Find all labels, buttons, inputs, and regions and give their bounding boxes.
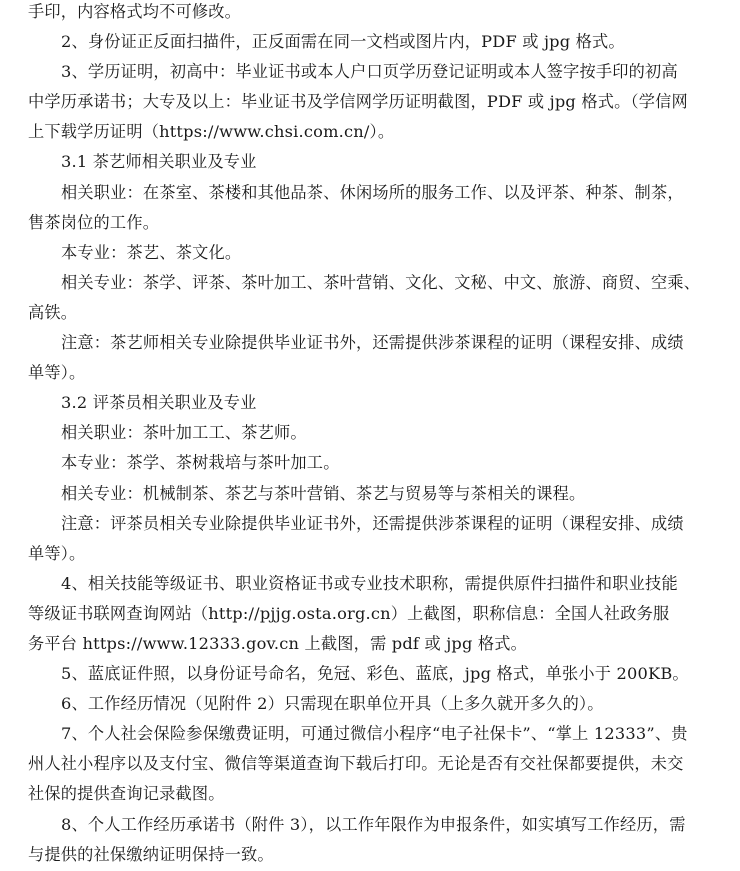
text-line: 等级证书联网查询网站（http://pjjg.osta.org.cn）上截图，职…	[28, 599, 708, 629]
paragraph-item-3-education: 3、学历证明，初高中：毕业证书或本人户口页学历登记证明或本人签字按手印的初高 中…	[28, 57, 708, 147]
paragraph-3-2-related-major: 相关专业：机械制茶、茶艺与茶叶营销、茶艺与贸易等与茶相关的课程。	[28, 479, 708, 509]
section-heading-3-2: 3.2 评茶员相关职业及专业	[28, 388, 708, 418]
text-line: 社保的提供查询记录截图。	[28, 779, 708, 809]
paragraph-3-1-occupation: 相关职业：在茶室、茶楼和其他品茶、休闲场所的服务工作、以及评茶、种茶、制茶， 售…	[28, 178, 708, 238]
paragraph-3-1-note: 注意：茶艺师相关专业除提供毕业证书外，还需提供涉茶课程的证明（课程安排、成绩 单…	[28, 328, 708, 388]
paragraph-3-2-occupation: 相关职业：茶叶加工工、茶艺师。	[28, 418, 708, 448]
text-line: 州人社小程序以及支付宝、微信等渠道查询下载后打印。无论是否有交社保都要提供，未交	[28, 749, 708, 779]
text-line: 3.2 评茶员相关职业及专业	[28, 388, 708, 418]
text-line: 相关职业：在茶室、茶楼和其他品茶、休闲场所的服务工作、以及评茶、种茶、制茶，	[28, 178, 708, 208]
paragraph-item-4-certificates: 4、相关技能等级证书、职业资格证书或专业技术职称，需提供原件扫描件和职业技能 等…	[28, 569, 708, 659]
text-line: 8、个人工作经历承诺书（附件 3），以工作年限作为申报条件，如实填写工作经历，需	[28, 810, 708, 840]
text-line: 单等）。	[28, 539, 708, 569]
text-line: 中学历承诺书；大专及以上：毕业证书及学信网学历证明截图，PDF 或 jpg 格式…	[28, 87, 708, 117]
text-line: 7、个人社会保险参保缴费证明，可通过微信小程序“电子社保卡”、“掌上 12333…	[28, 719, 708, 749]
paragraph-continuation: 手印，内容格式均不可修改。	[28, 0, 708, 27]
text-line: 高铁。	[28, 298, 708, 328]
text-line: 3.1 茶艺师相关职业及专业	[28, 147, 708, 177]
text-line: 本专业：茶学、茶树栽培与茶叶加工。	[28, 448, 708, 478]
text-line: 手印，内容格式均不可修改。	[28, 0, 708, 27]
text-line: 相关职业：茶叶加工工、茶艺师。	[28, 418, 708, 448]
text-line: 上下载学历证明（https://www.chsi.com.cn/）。	[28, 117, 708, 147]
text-line: 相关专业：茶学、评茶、茶叶加工、茶叶营销、文化、文秘、中文、旅游、商贸、空乘、	[28, 268, 708, 298]
document-page: 手印，内容格式均不可修改。 2、身份证正反面扫描件，正反面需在同一文档或图片内，…	[28, 0, 708, 870]
text-line: 相关专业：机械制茶、茶艺与茶叶营销、茶艺与贸易等与茶相关的课程。	[28, 479, 708, 509]
text-line: 单等）。	[28, 358, 708, 388]
text-line: 6、工作经历情况（见附件 2）只需现在职单位开具（上多久就开多久的）。	[28, 689, 708, 719]
paragraph-3-1-major: 本专业：茶艺、茶文化。	[28, 238, 708, 268]
paragraph-item-7-social-insurance: 7、个人社会保险参保缴费证明，可通过微信小程序“电子社保卡”、“掌上 12333…	[28, 719, 708, 809]
paragraph-item-5-photo: 5、蓝底证件照，以身份证号命名，免冠、彩色、蓝底，jpg 格式，单张小于 200…	[28, 659, 708, 689]
text-line: 务平台 https://www.12333.gov.cn 上截图，需 pdf 或…	[28, 629, 708, 659]
paragraph-3-2-note: 注意：评茶员相关专业除提供毕业证书外，还需提供涉茶课程的证明（课程安排、成绩 单…	[28, 509, 708, 569]
text-line: 售茶岗位的工作。	[28, 208, 708, 238]
text-line: 3、学历证明，初高中：毕业证书或本人户口页学历登记证明或本人签字按手印的初高	[28, 57, 708, 87]
text-line: 与提供的社保缴纳证明保持一致。	[28, 840, 708, 870]
paragraph-item-6-work-history: 6、工作经历情况（见附件 2）只需现在职单位开具（上多久就开多久的）。	[28, 689, 708, 719]
text-line: 注意：评茶员相关专业除提供毕业证书外，还需提供涉茶课程的证明（课程安排、成绩	[28, 509, 708, 539]
paragraph-3-2-major: 本专业：茶学、茶树栽培与茶叶加工。	[28, 448, 708, 478]
paragraph-item-8-commitment: 8、个人工作经历承诺书（附件 3），以工作年限作为申报条件，如实填写工作经历，需…	[28, 810, 708, 870]
text-line: 注意：茶艺师相关专业除提供毕业证书外，还需提供涉茶课程的证明（课程安排、成绩	[28, 328, 708, 358]
paragraph-item-2-id-card: 2、身份证正反面扫描件，正反面需在同一文档或图片内，PDF 或 jpg 格式。	[28, 27, 708, 57]
paragraph-3-1-related-major: 相关专业：茶学、评茶、茶叶加工、茶叶营销、文化、文秘、中文、旅游、商贸、空乘、 …	[28, 268, 708, 328]
text-line: 2、身份证正反面扫描件，正反面需在同一文档或图片内，PDF 或 jpg 格式。	[28, 27, 708, 57]
text-line: 4、相关技能等级证书、职业资格证书或专业技术职称，需提供原件扫描件和职业技能	[28, 569, 708, 599]
section-heading-3-1: 3.1 茶艺师相关职业及专业	[28, 147, 708, 177]
text-line: 5、蓝底证件照，以身份证号命名，免冠、彩色、蓝底，jpg 格式，单张小于 200…	[28, 659, 708, 689]
text-line: 本专业：茶艺、茶文化。	[28, 238, 708, 268]
